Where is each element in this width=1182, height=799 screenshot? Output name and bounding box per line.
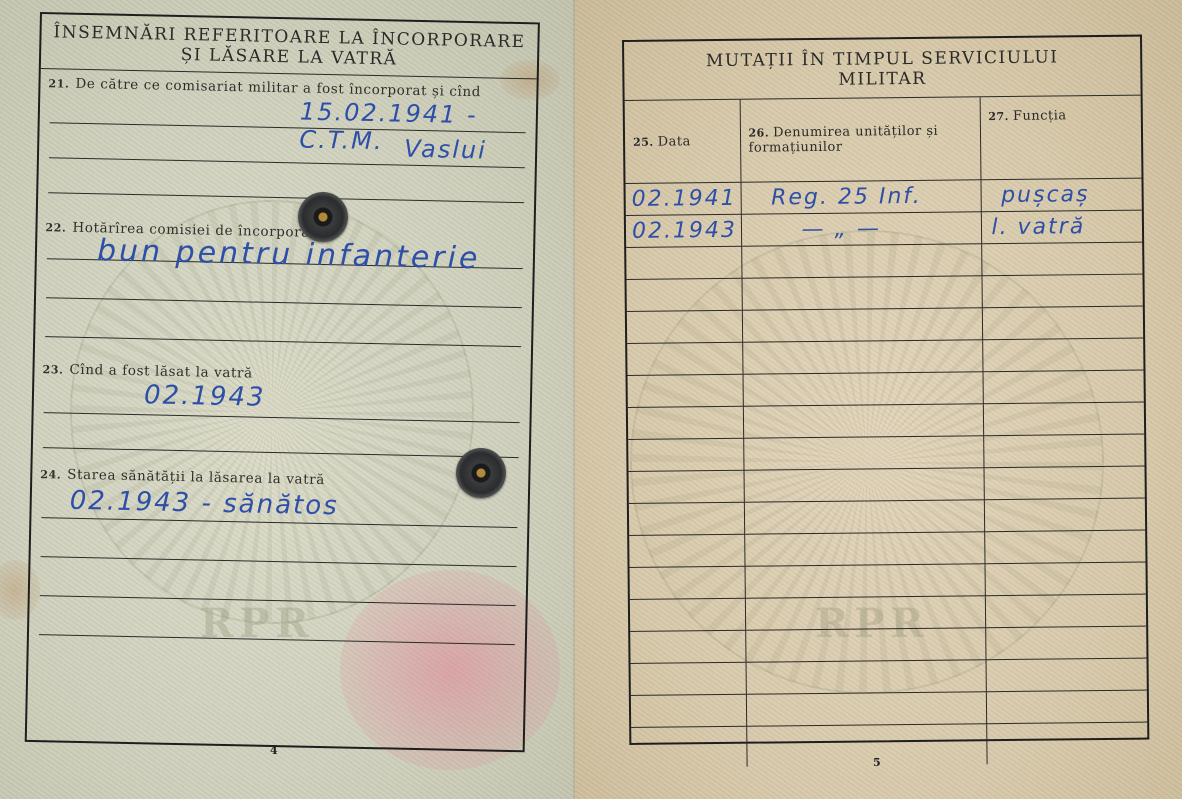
table-row: 02.1943 — „ — l. vatră	[626, 210, 1142, 247]
table-row	[630, 594, 1146, 631]
table-header-row: 25.Data 26.Denumirea unităților și forma…	[625, 96, 1142, 184]
cell-function: l. vatră	[981, 210, 1142, 244]
table-row	[627, 306, 1143, 343]
table-row	[630, 626, 1146, 663]
table-row	[629, 466, 1145, 503]
table-row	[629, 530, 1145, 567]
table-row	[631, 658, 1147, 695]
cell-unit: — „ —	[741, 212, 981, 247]
table-row: 02.1941 Reg. 25 Inf. pușcaș	[626, 178, 1142, 215]
table-row	[629, 498, 1145, 535]
handwritten-entry: 02.1943	[144, 380, 266, 413]
field-23: 23.Cînd a fost lăsat la vatră 02.1943	[33, 337, 531, 458]
handwritten-entry: 02.1943 - sănătos	[69, 486, 339, 522]
table-row	[627, 338, 1143, 375]
page-number: 5	[873, 756, 881, 769]
handwritten-entry: Vaslui	[404, 135, 487, 165]
cell-date: 02.1941	[626, 182, 741, 215]
table-row	[627, 274, 1143, 311]
right-page: RPR MUTAȚII ÎN TIMPUL SERVICIULUI MILITA…	[575, 0, 1182, 799]
cell-unit: Reg. 25 Inf.	[740, 180, 980, 215]
service-changes-box: MUTAȚII ÎN TIMPUL SERVICIULUI MILITAR 25…	[622, 35, 1149, 745]
incorporation-record-box: ÎNSEMNĂRI REFERITOARE LA ÎNCORPORARE ȘI …	[25, 12, 540, 752]
cell-function: pușcaș	[980, 178, 1141, 212]
table-row	[631, 690, 1147, 727]
left-page: RPR ÎNSEMNĂRI REFERITOARE LA ÎNCORPORARE…	[0, 0, 575, 799]
page-title: MUTAȚII ÎN TIMPUL SERVICIULUI MILITAR	[624, 37, 1141, 101]
table-row	[628, 370, 1144, 407]
table-row	[631, 722, 1147, 768]
table-row	[630, 562, 1146, 599]
service-changes-table: 25.Data 26.Denumirea unităților și forma…	[625, 96, 1148, 768]
field-22: 22.Hotărîrea comisiei de încorporare bun…	[35, 193, 534, 347]
page-number: 4	[270, 744, 278, 757]
column-header-unit: 26.Denumirea unităților și formațiunilor	[740, 97, 981, 182]
table-row	[626, 242, 1142, 279]
field-24: 24.Starea sănătății la lăsarea la vatră …	[29, 448, 529, 645]
table-row	[628, 434, 1144, 471]
field-21: 21.De către ce comisariat militar a fost…	[38, 69, 536, 203]
cell-date: 02.1943	[626, 214, 741, 247]
write-line: bun pentru infanterie	[47, 236, 523, 269]
table-row	[628, 402, 1144, 439]
column-header-function: 27.Funcția	[980, 96, 1142, 180]
column-header-date: 25.Data	[625, 100, 741, 184]
rivet-icon	[456, 448, 506, 498]
rivet-icon	[298, 192, 348, 242]
